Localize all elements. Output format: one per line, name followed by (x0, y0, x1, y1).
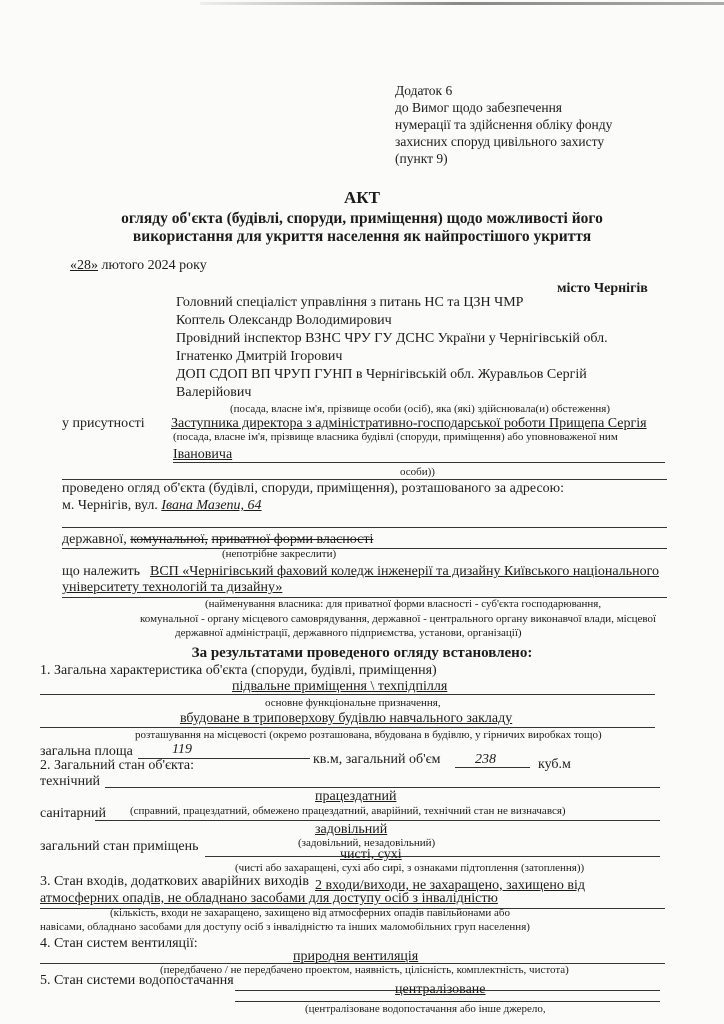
presence-value-line2: Івановича (173, 447, 232, 463)
appendix-line: захисних споруд цивільного захисту (395, 133, 612, 150)
ownership-communal: комунальної, (130, 532, 208, 547)
inspector-line: Валерійович (176, 384, 608, 402)
owner-value-line2: університету технологій та дизайну» (62, 580, 282, 596)
inspector-line: ДОП СДОП ВП ЧРУП ГУНП в Чернігівській об… (176, 366, 608, 384)
section-5-title: 5. Стан системи водопостачання (40, 973, 234, 989)
inspector-line: Провідний інспектор ВЗНС ЧРУ ГУ ДСНС Укр… (176, 330, 608, 348)
tech-value: працездатний (315, 789, 396, 805)
fill-line (40, 727, 655, 728)
area-unit: кв.м, загальний об'єм (313, 752, 440, 768)
document-date: «28» лютого 2024 року (70, 258, 207, 274)
presence-label: у присутності (62, 416, 145, 432)
owner-note-line1: (найменування власника: для приватної фо… (205, 598, 601, 610)
fill-line (235, 1001, 660, 1002)
results-heading: За результатами проведеного огляду встан… (0, 645, 724, 662)
section-5-note: (централізоване водопостачання або інше … (305, 1003, 546, 1015)
ownership-state: державної, (62, 532, 127, 547)
fill-line (173, 462, 665, 463)
owner-label: що належить (62, 564, 140, 580)
rooms-label: загальний стан приміщень (40, 839, 198, 855)
inspector-line: Ігнатенко Дмитрій Ігорович (176, 348, 608, 366)
inspectors-list: Головний спеціаліст управління з питань … (176, 294, 608, 402)
presence-value-line1: Заступника директора з адміністративно-г… (171, 416, 647, 432)
presence-note-line2: особи)) (400, 466, 435, 478)
ownership-private: приватної форми власності (211, 532, 373, 547)
section-4-value: природня вентиляція (293, 949, 418, 965)
section-3-note2: навісами, обладнано засобами для доступу… (40, 921, 530, 933)
section-4-title: 4. Стан систем вентиляції: (40, 936, 198, 952)
section-1-purpose: підвальне приміщення \ техпідпілля (232, 679, 447, 695)
fill-line (205, 856, 660, 857)
owner-note-line2: комунальної - органу місцевого самовряду… (140, 613, 656, 625)
scan-edge (200, 2, 724, 5)
appendix-line: нумерації та здійснення обліку фонду (395, 116, 612, 133)
presence-note-line1: (посада, власне ім'я, прізвище власника … (173, 431, 618, 443)
document-page: Додаток 6 до Вимог щодо забезпечення нум… (0, 0, 724, 1024)
section-1-note1: основне функціональне призначення, (265, 697, 441, 709)
document-title: АКТ (0, 188, 724, 208)
appendix-line: до Вимог щодо забезпечення (395, 99, 612, 116)
section-2-title: 2. Загальний стан об'єкта: (40, 758, 194, 774)
fill-line (62, 527, 667, 528)
volume-unit: куб.м (538, 757, 571, 773)
appendix-line: (пункт 9) (395, 150, 612, 167)
fill-line (105, 787, 660, 788)
fill-line (62, 548, 667, 549)
area-value: 119 (172, 742, 192, 758)
tech-note: (справний, працездатний, обмежено працез… (130, 805, 566, 817)
inspectors-note: (посада, власне ім'я, прізвище особи (ос… (230, 403, 610, 415)
section-3-note1: (кількість, входи не захаращено, захищен… (110, 907, 510, 919)
section-1-note2: розташування на місцевості (окремо розта… (135, 729, 602, 741)
address-value: Івана Мазепи, 64 (161, 498, 261, 513)
san-value: задовільний (315, 822, 387, 838)
owner-value-line1: ВСП «Чернігівський фаховий коледж інжене… (150, 564, 659, 580)
fill-line (95, 820, 660, 821)
fill-line (62, 479, 667, 480)
section-3-value2: атмосферних опадів, не обладнано засобам… (40, 891, 498, 907)
address-row: м. Чернігів, вул. Івана Мазепи, 64 (62, 498, 262, 514)
appendix-block: Додаток 6 до Вимог щодо забезпечення нум… (395, 82, 612, 167)
inspection-text: проведено огляд об'єкта (будівлі, споруд… (62, 481, 564, 497)
date-month-year: лютого 2024 року (102, 258, 207, 273)
section-3-title: 3. Стан входів, додаткових аварійних вих… (40, 874, 309, 890)
rooms-note: (чисті або захаращені, сухі або сирі, з … (235, 862, 584, 874)
inspector-line: Коптель Олександр Володимирович (176, 312, 608, 330)
document-subtitle-line2: використання для укриття населення як на… (0, 228, 724, 246)
tech-label: технічний (40, 774, 100, 790)
section-1-location: вбудоване в триповерхову будівлю навчаль… (180, 711, 512, 727)
date-day: «28» (70, 258, 98, 273)
rooms-value: чисті, сухі (340, 847, 402, 863)
volume-value: 238 (475, 752, 496, 768)
inspector-line: Головний спеціаліст управління з питань … (176, 294, 608, 312)
purpose-value: підвальне приміщення \ техпідпілля (232, 679, 447, 694)
appendix-line: Додаток 6 (395, 82, 612, 99)
ownership-row: державної, комунальної, приватної форми … (62, 532, 373, 548)
address-prefix: м. Чернігів, вул. (62, 498, 158, 513)
document-subtitle-line1: огляду об'єкта (будівлі, споруди, приміщ… (0, 210, 724, 228)
fill-line (455, 767, 530, 768)
section-1-title: 1. Загальна характеристика об'єкта (спор… (40, 663, 437, 679)
owner-note-line3: державної адміністрації, державного підп… (175, 627, 522, 639)
ownership-note: (непотрібне закреслити) (222, 548, 336, 560)
section-5-value: централізоване (395, 982, 486, 998)
